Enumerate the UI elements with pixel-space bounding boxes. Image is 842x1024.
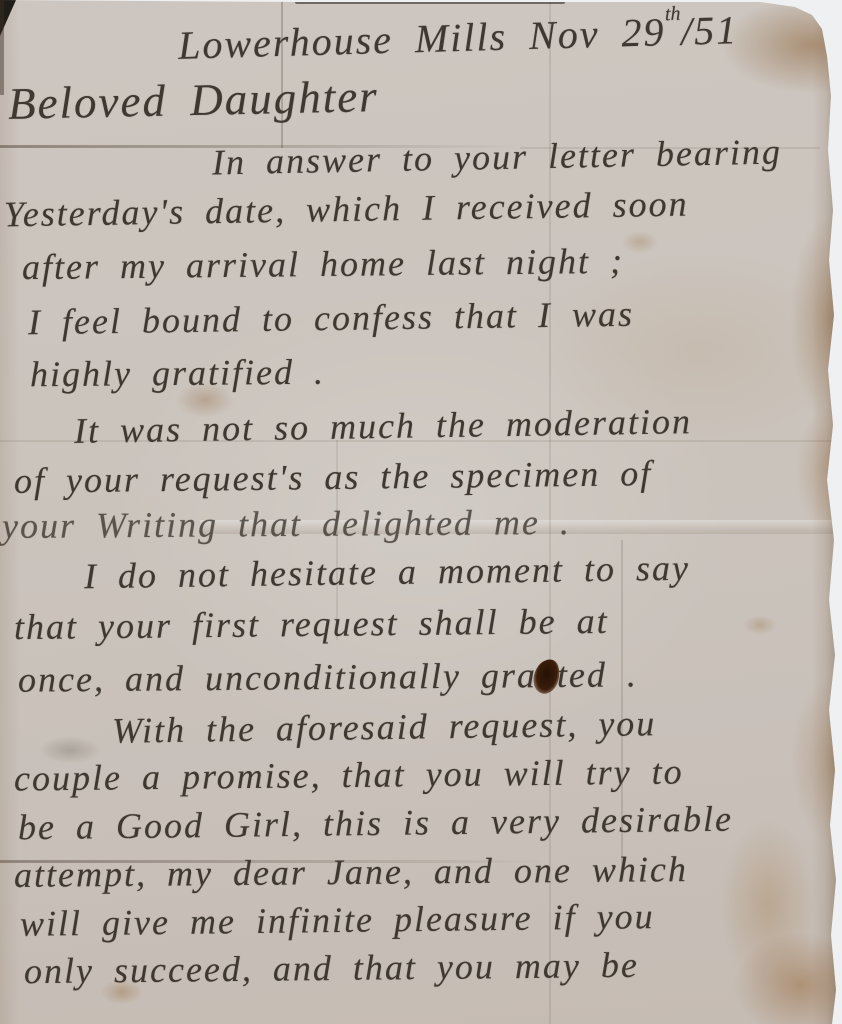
letter-line: of your request's as the specimen of: [14, 452, 653, 502]
letter-line: only succeed, and that you may be: [24, 944, 639, 992]
letter-line: highly gratified .: [30, 351, 325, 396]
letter-line: I feel bound to confess that I was: [28, 293, 634, 343]
salutation: Beloved Daughter: [7, 70, 379, 130]
letter-line: be a Good Girl, this is a very desirable: [18, 798, 733, 849]
letter-line: With the aforesaid request, you: [112, 702, 657, 752]
letter-line: after my arrival home last night ;: [22, 240, 624, 288]
letter-line: couple a promise, that you will try to: [14, 750, 684, 799]
letter-line: Yesterday's date, which I received soon: [4, 183, 689, 236]
scanned-letter: Lowerhouse Mills Nov 29th/51 Beloved Dau…: [0, 0, 842, 1024]
letter-dateline: Lowerhouse Mills Nov 29th/51: [177, 6, 738, 69]
left-edge-shadow: [0, 0, 4, 95]
letter-line: will give me infinite pleasure if you: [20, 895, 655, 945]
letter-line: that your first request shall be at: [14, 600, 609, 648]
dateline-year: /51: [680, 7, 738, 54]
letter-line: your Writing that delighted me .: [2, 501, 571, 547]
letter-line: attempt, my dear Jane, and one which: [14, 848, 688, 896]
top-edge-shadow: [295, 0, 565, 4]
letter-line: It was not so much the moderation: [74, 400, 693, 452]
paper-right-edge: [812, 0, 842, 1024]
dateline-ordinal: th: [665, 2, 681, 24]
corner-shadow: [0, 0, 16, 36]
letter-line: I do not hesitate a moment to say: [84, 547, 690, 597]
letter-page: Lowerhouse Mills Nov 29th/51 Beloved Dau…: [0, 0, 842, 1024]
dateline-place-date: Lowerhouse Mills Nov 29: [177, 9, 666, 68]
letter-line: In answer to your letter bearing: [212, 131, 783, 184]
